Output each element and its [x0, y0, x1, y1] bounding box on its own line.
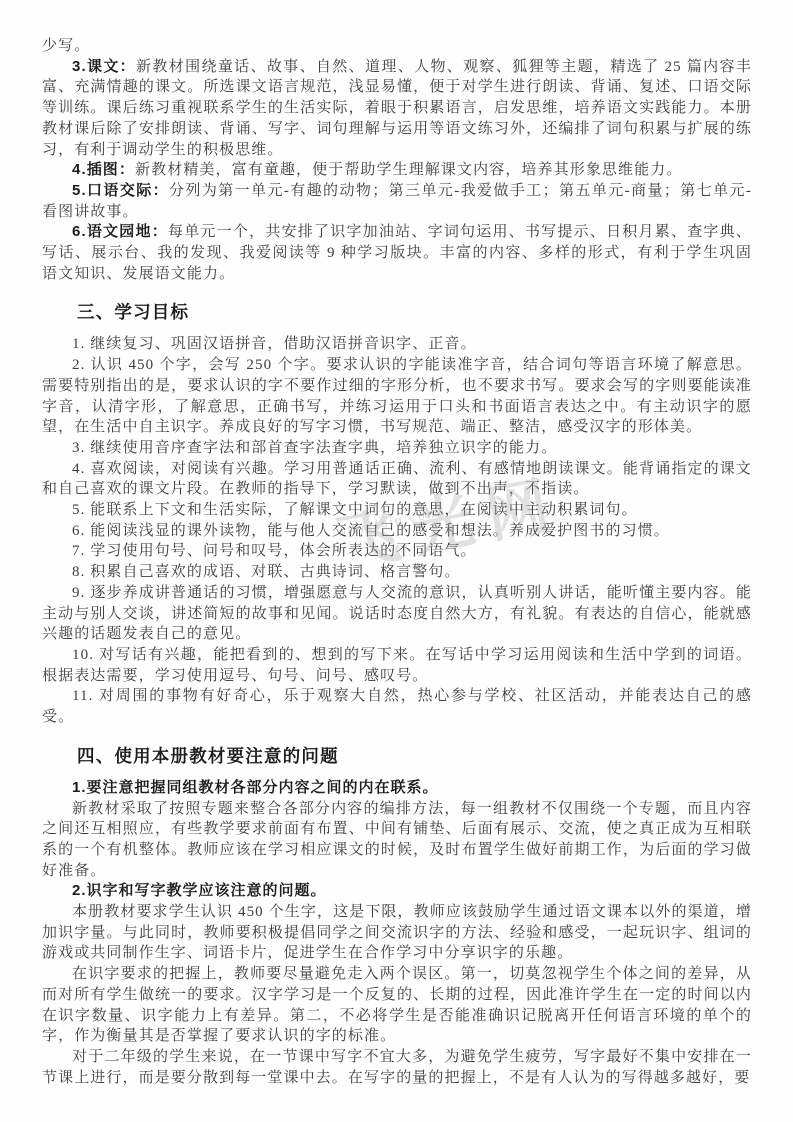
feature-paragraph: 4.插图：新教材精美，富有童趣，便于帮助学生理解课文内容，培养其形象思维能力。: [42, 160, 752, 181]
body-paragraph: 10. 对写话有兴趣，能把看到的、想到的写下来。在写话中学习运用阅读和生活中学到…: [42, 645, 752, 686]
body-paragraph: 在识字要求的把握上，教师要尽量避免走入两个误区。第一，切莫忽视学生个体之间的差异…: [42, 964, 752, 1047]
feature-paragraph: 6.语文园地：每单元一个，共安排了识字加油站、字词句运用、书写提示、日积月累、查…: [42, 222, 752, 284]
paragraph-label: 5.口语交际：: [72, 182, 169, 199]
body-paragraph: 对于二年级的学生来说，在一节课中写字不宜大多，为避免学生疲劳，写字最好不集中安排…: [42, 1047, 752, 1088]
document-page: 少写。3.课文：新教材围绕童话、故事、自然、道理、人物、观察、狐狸等主题，精选了…: [0, 0, 793, 1122]
paragraph-text: 新教材精美，富有童趣，便于帮助学生理解课文内容，培养其形象思维能力。: [135, 162, 682, 178]
body-paragraph: 新教材采取了按照专题来整合各部分内容的编排方法，每一组教材不仅围绕一个专题，而且…: [42, 799, 752, 882]
body-paragraph: 1. 继续复习、巩固汉语拼音，借助汉语拼音识字、正音。: [42, 334, 752, 355]
section-heading: 四、使用本册教材要注意的问题: [42, 745, 752, 767]
body-paragraph: 5. 能联系上下文和生活实际，了解课文中词句的意思，在阅读中主动积累词句。: [42, 500, 752, 521]
body-paragraph: 本册教材要求学生认识 450 个生字，这是下限，教师应该鼓励学生通过语文课本以外…: [42, 902, 752, 964]
body-paragraph: 4. 喜欢阅读，对阅读有兴趣。学习用普通话正确、流利、有感情地朗读课文。能背诵指…: [42, 459, 752, 500]
paragraph-label: 4.插图：: [72, 161, 135, 178]
section-heading: 三、学习目标: [42, 301, 752, 323]
feature-paragraph: 3.课文：新教材围绕童话、故事、自然、道理、人物、观察、狐狸等主题，精选了 25…: [42, 57, 752, 161]
subheading-paragraph: 1.要注意把握同组教材各部分内容之间的内在联系。: [42, 778, 752, 799]
subheading-paragraph: 2.识字和写字教学应该注意的问题。: [42, 881, 752, 902]
paragraph-text: 新教材围绕童话、故事、自然、道理、人物、观察、狐狸等主题，精选了 25 篇内容丰…: [42, 59, 752, 158]
body-paragraph: 2. 认识 450 个字，会写 250 个字。要求认识的字能读准字音，结合词句等…: [42, 355, 752, 438]
body-paragraph: 6. 能阅读浅显的课外读物，能与他人交流自己的感受和想法。养成爱护图书的习惯。: [42, 521, 752, 542]
continued-line: 少写。: [42, 36, 752, 57]
body-paragraph: 8. 积累自己喜欢的成语、对联、古典诗词、格言警句。: [42, 562, 752, 583]
feature-paragraph: 5.口语交际：分列为第一单元-有趣的动物；第三单元-我爱做手工；第五单元-商量；…: [42, 181, 752, 222]
body-paragraph: 3. 继续使用音序查字法和部首查字法查字典，培养独立识字的能力。: [42, 438, 752, 459]
body-paragraph: 9. 逐步养成讲普通话的习惯，增强愿意与人交流的意识，认真听别人讲话，能听懂主要…: [42, 583, 752, 645]
paragraph-label: 6.语文园地：: [72, 223, 168, 240]
body-paragraph: 7. 学习使用句号、问号和叹号，体会所表达的不同语气。: [42, 541, 752, 562]
body-paragraph: 11. 对周围的事物有好奇心，乐于观察大自然，热心参与学校、社区活动，并能表达自…: [42, 686, 752, 727]
document-body: 少写。3.课文：新教材围绕童话、故事、自然、道理、人物、观察、狐狸等主题，精选了…: [42, 36, 752, 1088]
paragraph-label: 3.课文：: [72, 58, 136, 75]
